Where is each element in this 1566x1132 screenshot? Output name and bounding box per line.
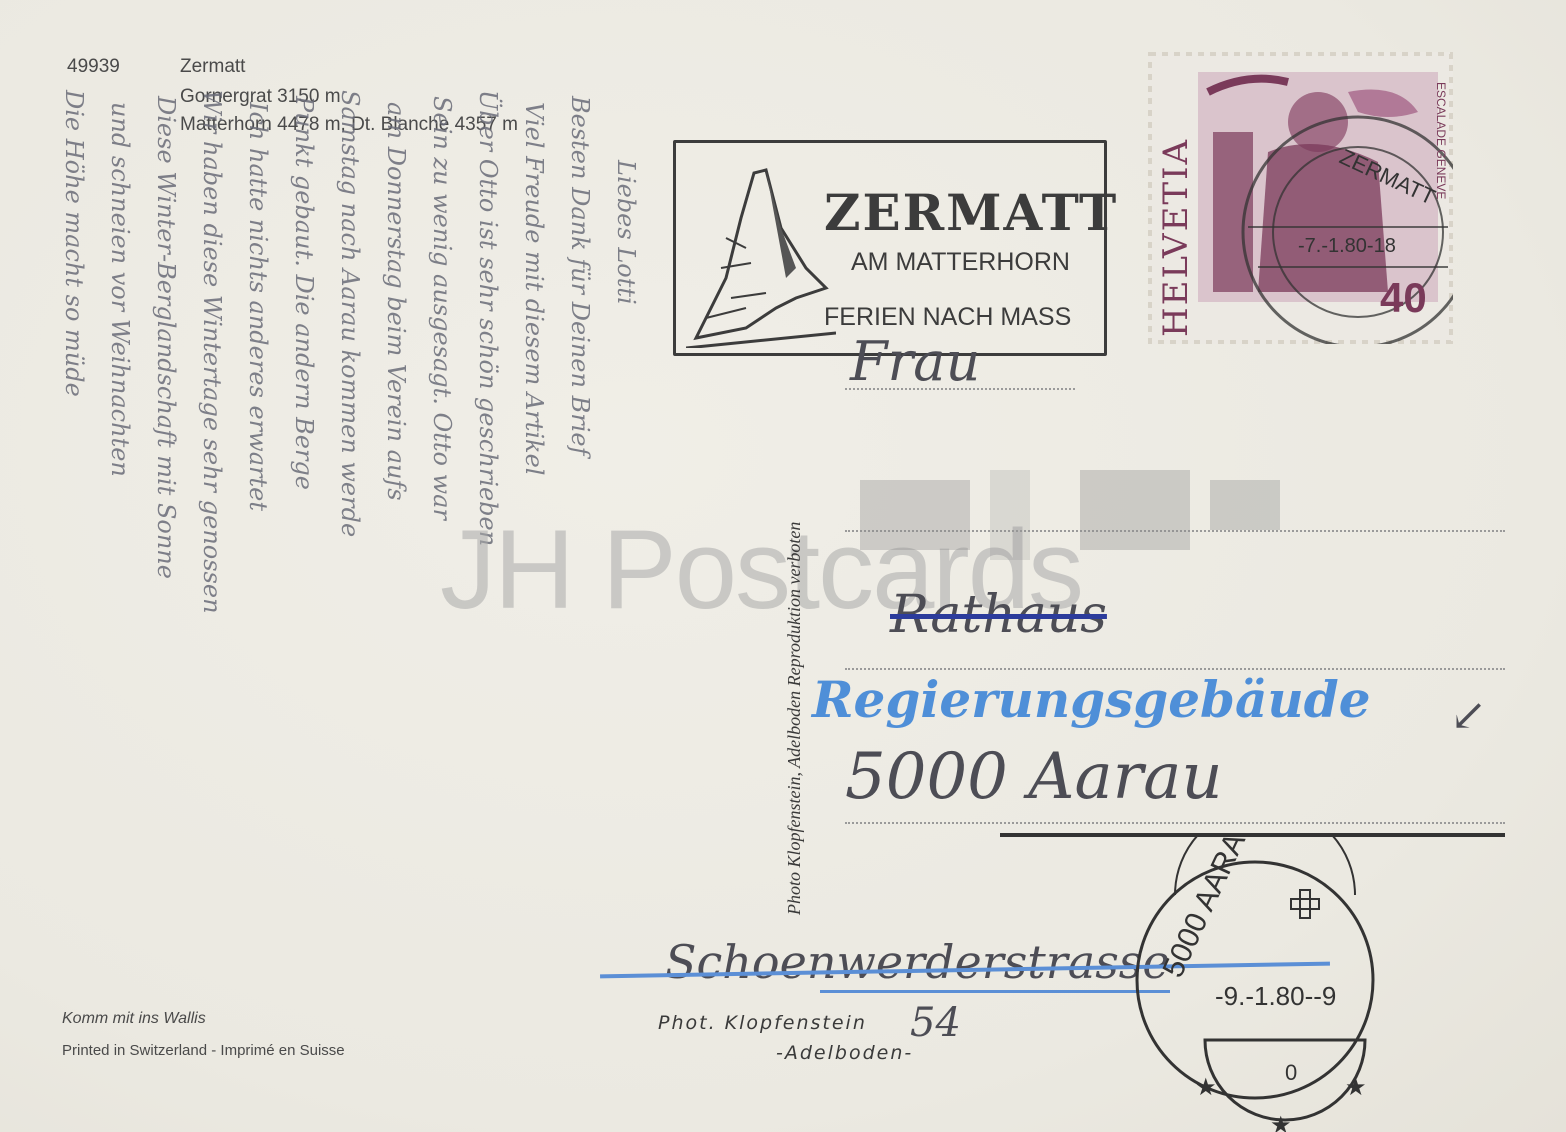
svg-text:★: ★ [1270, 1112, 1292, 1132]
address-line-replacement: Regierungsgebäude [812, 670, 1371, 729]
address-city: 5000 Aarau [845, 740, 1223, 814]
printed-note: Printed in Switzerland - Imprimé en Suis… [62, 1042, 345, 1059]
matterhorn-icon [686, 158, 836, 348]
postcard-back: 49939 Zermatt Gornergrat 3150 m Matterho… [0, 0, 1566, 1132]
address-line [845, 822, 1505, 824]
postage-stamp: HELVETIA ESCALADE GENEVE 40 -7.-1.80-18 … [1148, 52, 1453, 344]
message-line: Viel Freude mit diesem Artikel [520, 102, 548, 475]
message-line: Samstag nach Aarau kommen werde [336, 90, 364, 537]
departure-postmark-date: -7.-1.80-18 [1298, 235, 1396, 257]
message-line: Die Höhe macht so müde [60, 90, 88, 397]
cancellation-line-2: AM MATTERHORN [851, 248, 1070, 277]
message-line: Sein zu wenig ausgesagt. Otto war [428, 96, 456, 520]
cancellation-line-3: FERIEN NACH MASS [824, 303, 1071, 332]
photo-credit: Photo Klopfenstein, Adelboden Reprodukti… [784, 522, 805, 915]
arrival-postmark-place: 5000 AARAU 1 [1157, 835, 1272, 982]
cancellation-headline: ZERMATT [824, 183, 1118, 242]
message-line: Ich hatte nichts anderes erwartet [244, 102, 272, 511]
card-slogan: Komm mit ins Wallis [62, 1010, 206, 1028]
svg-text:★: ★ [1345, 1074, 1367, 1101]
photographer-signature: Phot. Klopfenstein [658, 1012, 867, 1034]
house-number: 54 [910, 1000, 961, 1046]
message-line: Diese Winter-Berglandschaft mit Sonne [152, 96, 180, 579]
card-number: 49939 [67, 56, 120, 78]
message-line: Wir haben diese Wintertage sehr genossen [198, 90, 226, 614]
blue-strikethrough [820, 990, 1170, 993]
departure-postmark: -7.-1.80-18 ZERMATT [1148, 52, 1453, 344]
message-line: und schneien vor Weihnachten [106, 102, 134, 477]
message-line: Liebes Lotti [612, 160, 640, 305]
arrival-postmark: -9.-1.80--9 0 5000 AARAU 1 ★ ★ ★ [1135, 835, 1375, 1132]
svg-text:★: ★ [1195, 1074, 1217, 1101]
arrival-postmark-date: -9.-1.80--9 [1215, 981, 1336, 1011]
message-line: Besten Dank für Deinen Brief [566, 96, 594, 455]
address-salutation: Frau [850, 330, 980, 393]
departure-postmark-place: ZERMATT [1336, 144, 1439, 210]
address-line-struck: Rathaus [890, 585, 1107, 645]
message-line: am Donnerstag beim Verein aufs [382, 102, 410, 501]
photographer-location: -Adelboden- [776, 1042, 913, 1064]
cancellation-slogan: ZERMATT AM MATTERHORN FERIEN NACH MASS [673, 140, 1107, 356]
street-line: Schoenwerderstrasse [665, 935, 1170, 989]
message-line: Punkt gebaut. Die andern Berge [290, 96, 318, 490]
arrival-postmark-code: 0 [1285, 1060, 1297, 1085]
arrow-icon: ↙ [1450, 690, 1487, 741]
message-line: Über Otto ist sehr schön geschrieben [474, 90, 502, 546]
title-line-1: Zermatt [180, 56, 245, 78]
